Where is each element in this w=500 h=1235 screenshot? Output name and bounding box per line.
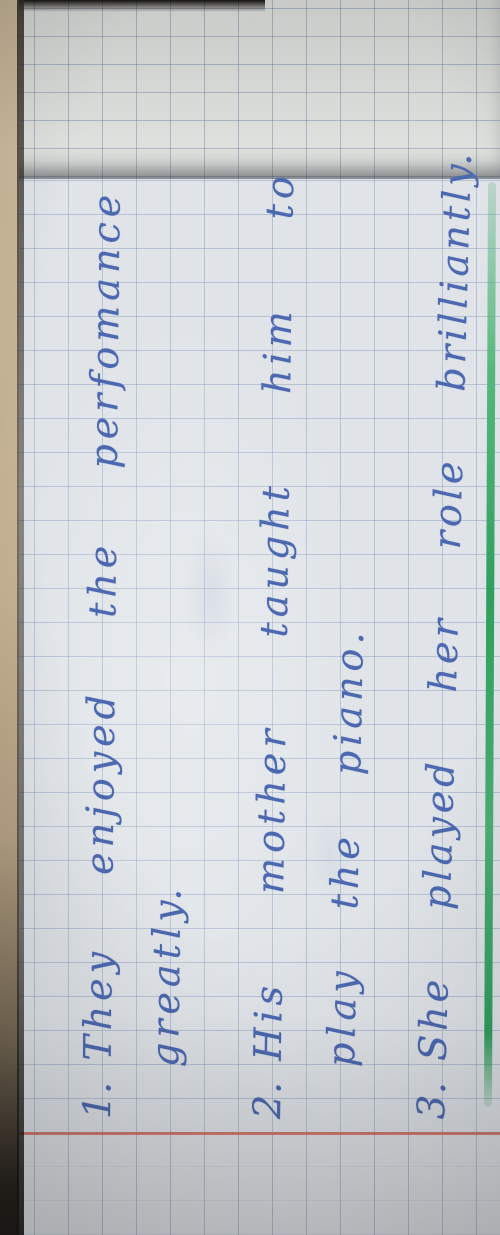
sentence-line-5: 3.She played her role brilliantly. (412, 149, 477, 1120)
sentence-text: play the piano. (319, 627, 372, 1068)
notebook-page: 1.They enjoyed the perfomance greatly. 2… (0, 0, 500, 1235)
list-number: 1. (75, 1081, 119, 1120)
page-edge-line (17, 0, 24, 1235)
sentence-line-2: greatly. (146, 883, 187, 1067)
sentence-text: His mother taught him to (246, 171, 302, 1061)
sentence-line-1: 1.They enjoyed the perfomance (78, 190, 126, 1120)
sentence-line-3: 2.His mother taught him to (248, 171, 299, 1119)
photo-edge-shadow (0, 0, 265, 12)
notebook-photo: 1.They enjoyed the perfomance greatly. 2… (0, 0, 500, 1235)
sentence-text: greatly. (143, 883, 190, 1067)
margin-line (0, 1132, 500, 1135)
list-number: 3. (409, 1080, 454, 1119)
page-edge-stripe (484, 182, 496, 1107)
page-fold-crease (0, 0, 500, 179)
sentence-line-4: play the piano. (322, 627, 369, 1068)
sentence-text: She played her role brilliantly. (411, 149, 480, 1062)
sentence-text: They enjoyed the perfomance (76, 190, 129, 1061)
list-number: 2. (245, 1080, 290, 1119)
margin-area (0, 1135, 500, 1235)
